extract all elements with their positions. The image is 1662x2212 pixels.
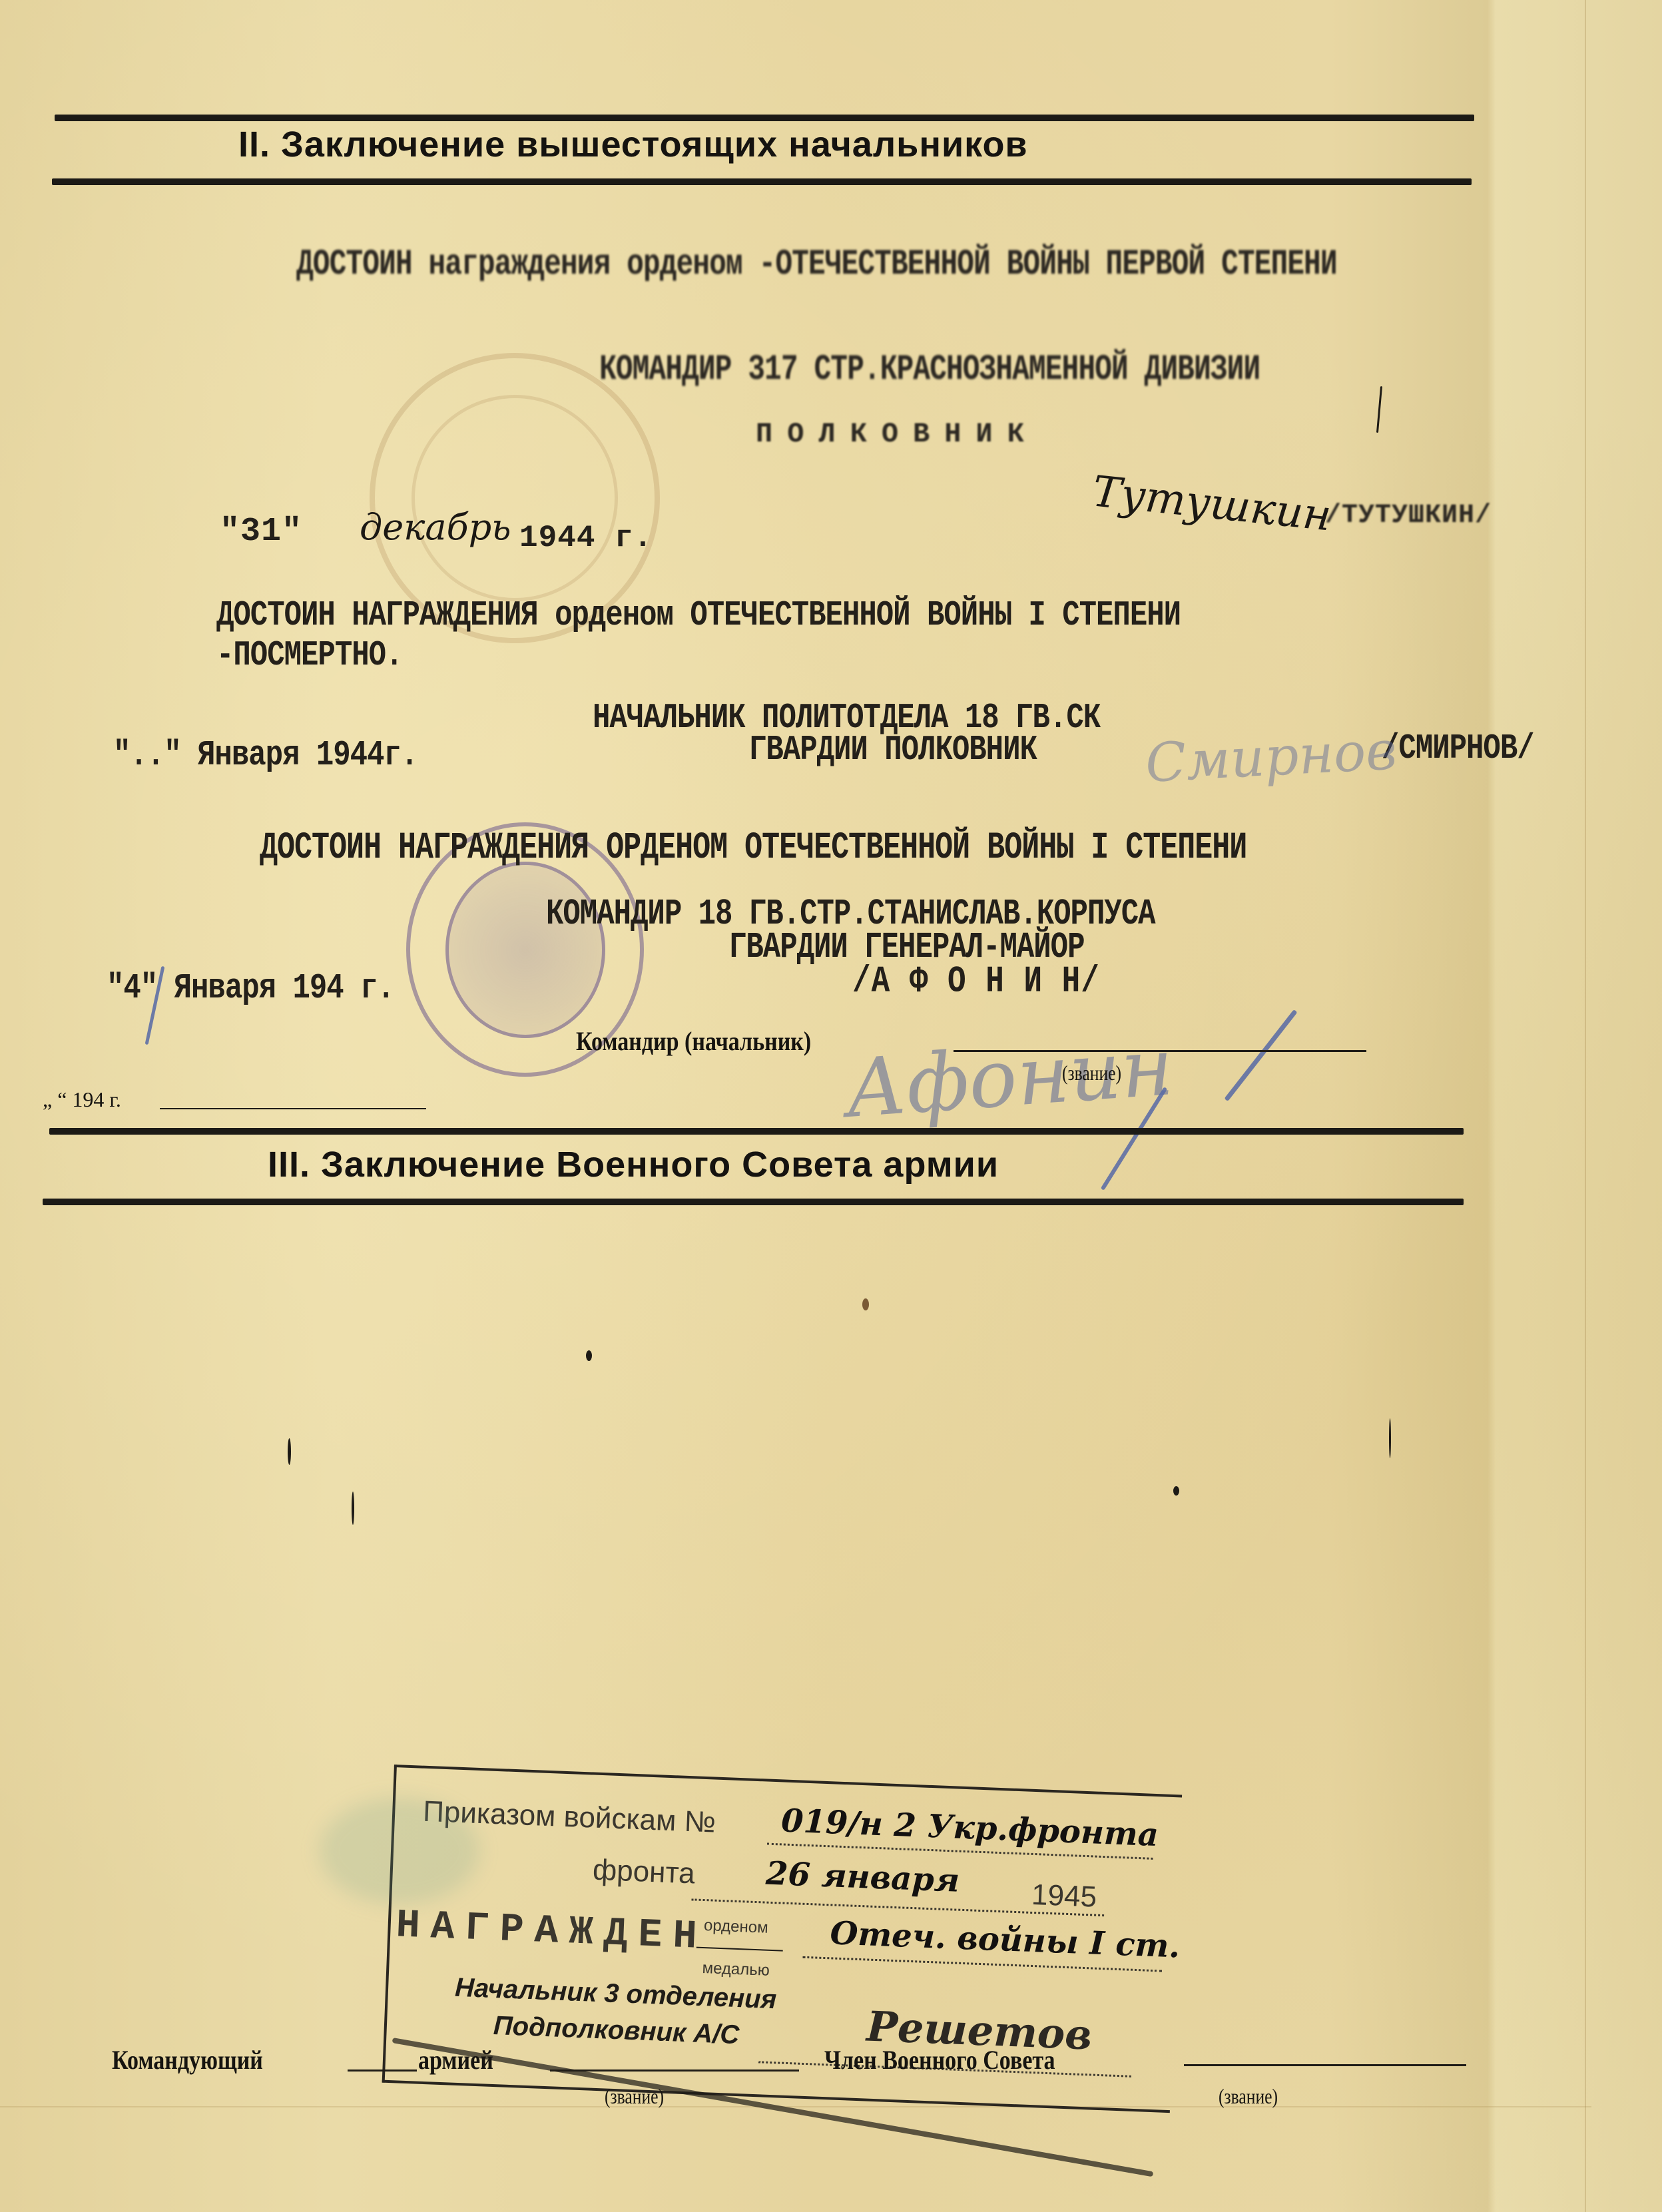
army-commander-label: Командующий (112, 2044, 263, 2075)
ink-spot (862, 1298, 869, 1310)
corps-commander-signature: Афонин (843, 1021, 1177, 1136)
paper-fold-horizontal (0, 2106, 1591, 2107)
army-label: армией (418, 2044, 493, 2075)
division-commander-signature: Тутушкин (1090, 467, 1334, 541)
stamp-award-name: Отеч. войны I ст. (830, 1914, 1181, 1965)
council-member-label: Член Военного Совета (824, 2044, 1055, 2075)
form-date-line (160, 1108, 426, 1109)
division-date-day: "31" (220, 513, 302, 551)
stamp-chief-title: Начальник 3 отделения (454, 1973, 777, 2016)
rule-section-2-bottom (52, 178, 1472, 185)
division-date-month: декабрь (360, 506, 511, 548)
division-commander-title: КОМАНДИР 317 СТР.КРАСНОЗНАМЕННОЙ ДИВИЗИИ (599, 349, 1260, 390)
division-verdict: ДОСТОИН награждения орденом -ОТЕЧЕСТВЕНН… (296, 244, 1337, 284)
stamp-order-date: 26 января (765, 1855, 960, 1900)
division-commander-name: /ТУТУШКИН/ (1325, 501, 1492, 531)
stamp-year: 1945 (1031, 1878, 1097, 1914)
form-date: „ “ 194 г. (43, 1087, 121, 1112)
politdept-date: ".." Января 1944г. (113, 736, 417, 776)
ink-spot (288, 1438, 291, 1465)
stamp-front-label: фронта (592, 1854, 695, 1891)
rank-caption: (звание) (1062, 1061, 1121, 1085)
stamp-medal-option: медалью (702, 1959, 770, 1980)
corps-commander-name: /А Ф О Н И Н/ (852, 961, 1100, 1002)
section-2-heading: II. Заключение вышестоящих начальников (238, 124, 1028, 165)
army-commander-rank-line (550, 2070, 799, 2072)
stamp-chief-rank: Подполковник А/С (493, 2011, 740, 2050)
council-member-rank-line (1184, 2064, 1466, 2066)
ink-stain-green (320, 1798, 479, 1904)
politdept-signature: Смирнов (1144, 719, 1398, 794)
stamp-award-divider (696, 1947, 783, 1952)
division-commander-rank: ПОЛКОВНИК (756, 418, 1039, 450)
politdept-name: /СМИРНОВ/ (1382, 729, 1534, 769)
politdept-title-2: ГВАРДИИ ПОЛКОВНИК (749, 730, 1037, 770)
rank-caption-right: (звание) (1219, 2084, 1278, 2109)
corps-verdict: ДОСТОИН НАГРАЖДЕНИЯ ОРДЕНОМ ОТЕЧЕСТВЕННО… (260, 827, 1246, 870)
rule-section-3-top (49, 1128, 1464, 1135)
stamp-awarded-label: НАГРАЖДЕН (395, 1903, 708, 1960)
ink-spot (1389, 1418, 1391, 1458)
army-number-line (348, 2070, 417, 2072)
commander-signature-line (954, 1050, 1366, 1052)
section-3-heading: III. Заключение Военного Совета армии (268, 1144, 999, 1185)
corps-date: "4" Января 194 г. (107, 969, 394, 1009)
commander-label: Командир (начальник) (576, 1025, 811, 1057)
stamp-order-option: орденом (704, 1916, 769, 1938)
ink-spot (586, 1350, 592, 1361)
rule-top (55, 115, 1474, 121)
paper-fold-vertical (1585, 0, 1586, 2212)
signature-stroke (1224, 1009, 1297, 1101)
signature-mark (1376, 386, 1382, 433)
politdept-verdict-posthumous: -ПОСМЕРТНО. (216, 636, 402, 676)
ink-spot (1173, 1486, 1179, 1496)
rank-caption-left: (звание) (605, 2084, 664, 2109)
rule-section-3-bottom (43, 1199, 1464, 1205)
politdept-verdict: ДОСТОИН НАГРАЖДЕНИЯ орденом ОТЕЧЕСТВЕННО… (216, 596, 1181, 636)
division-date-year: 1944 г. (519, 521, 653, 555)
ink-spot (352, 1492, 354, 1525)
